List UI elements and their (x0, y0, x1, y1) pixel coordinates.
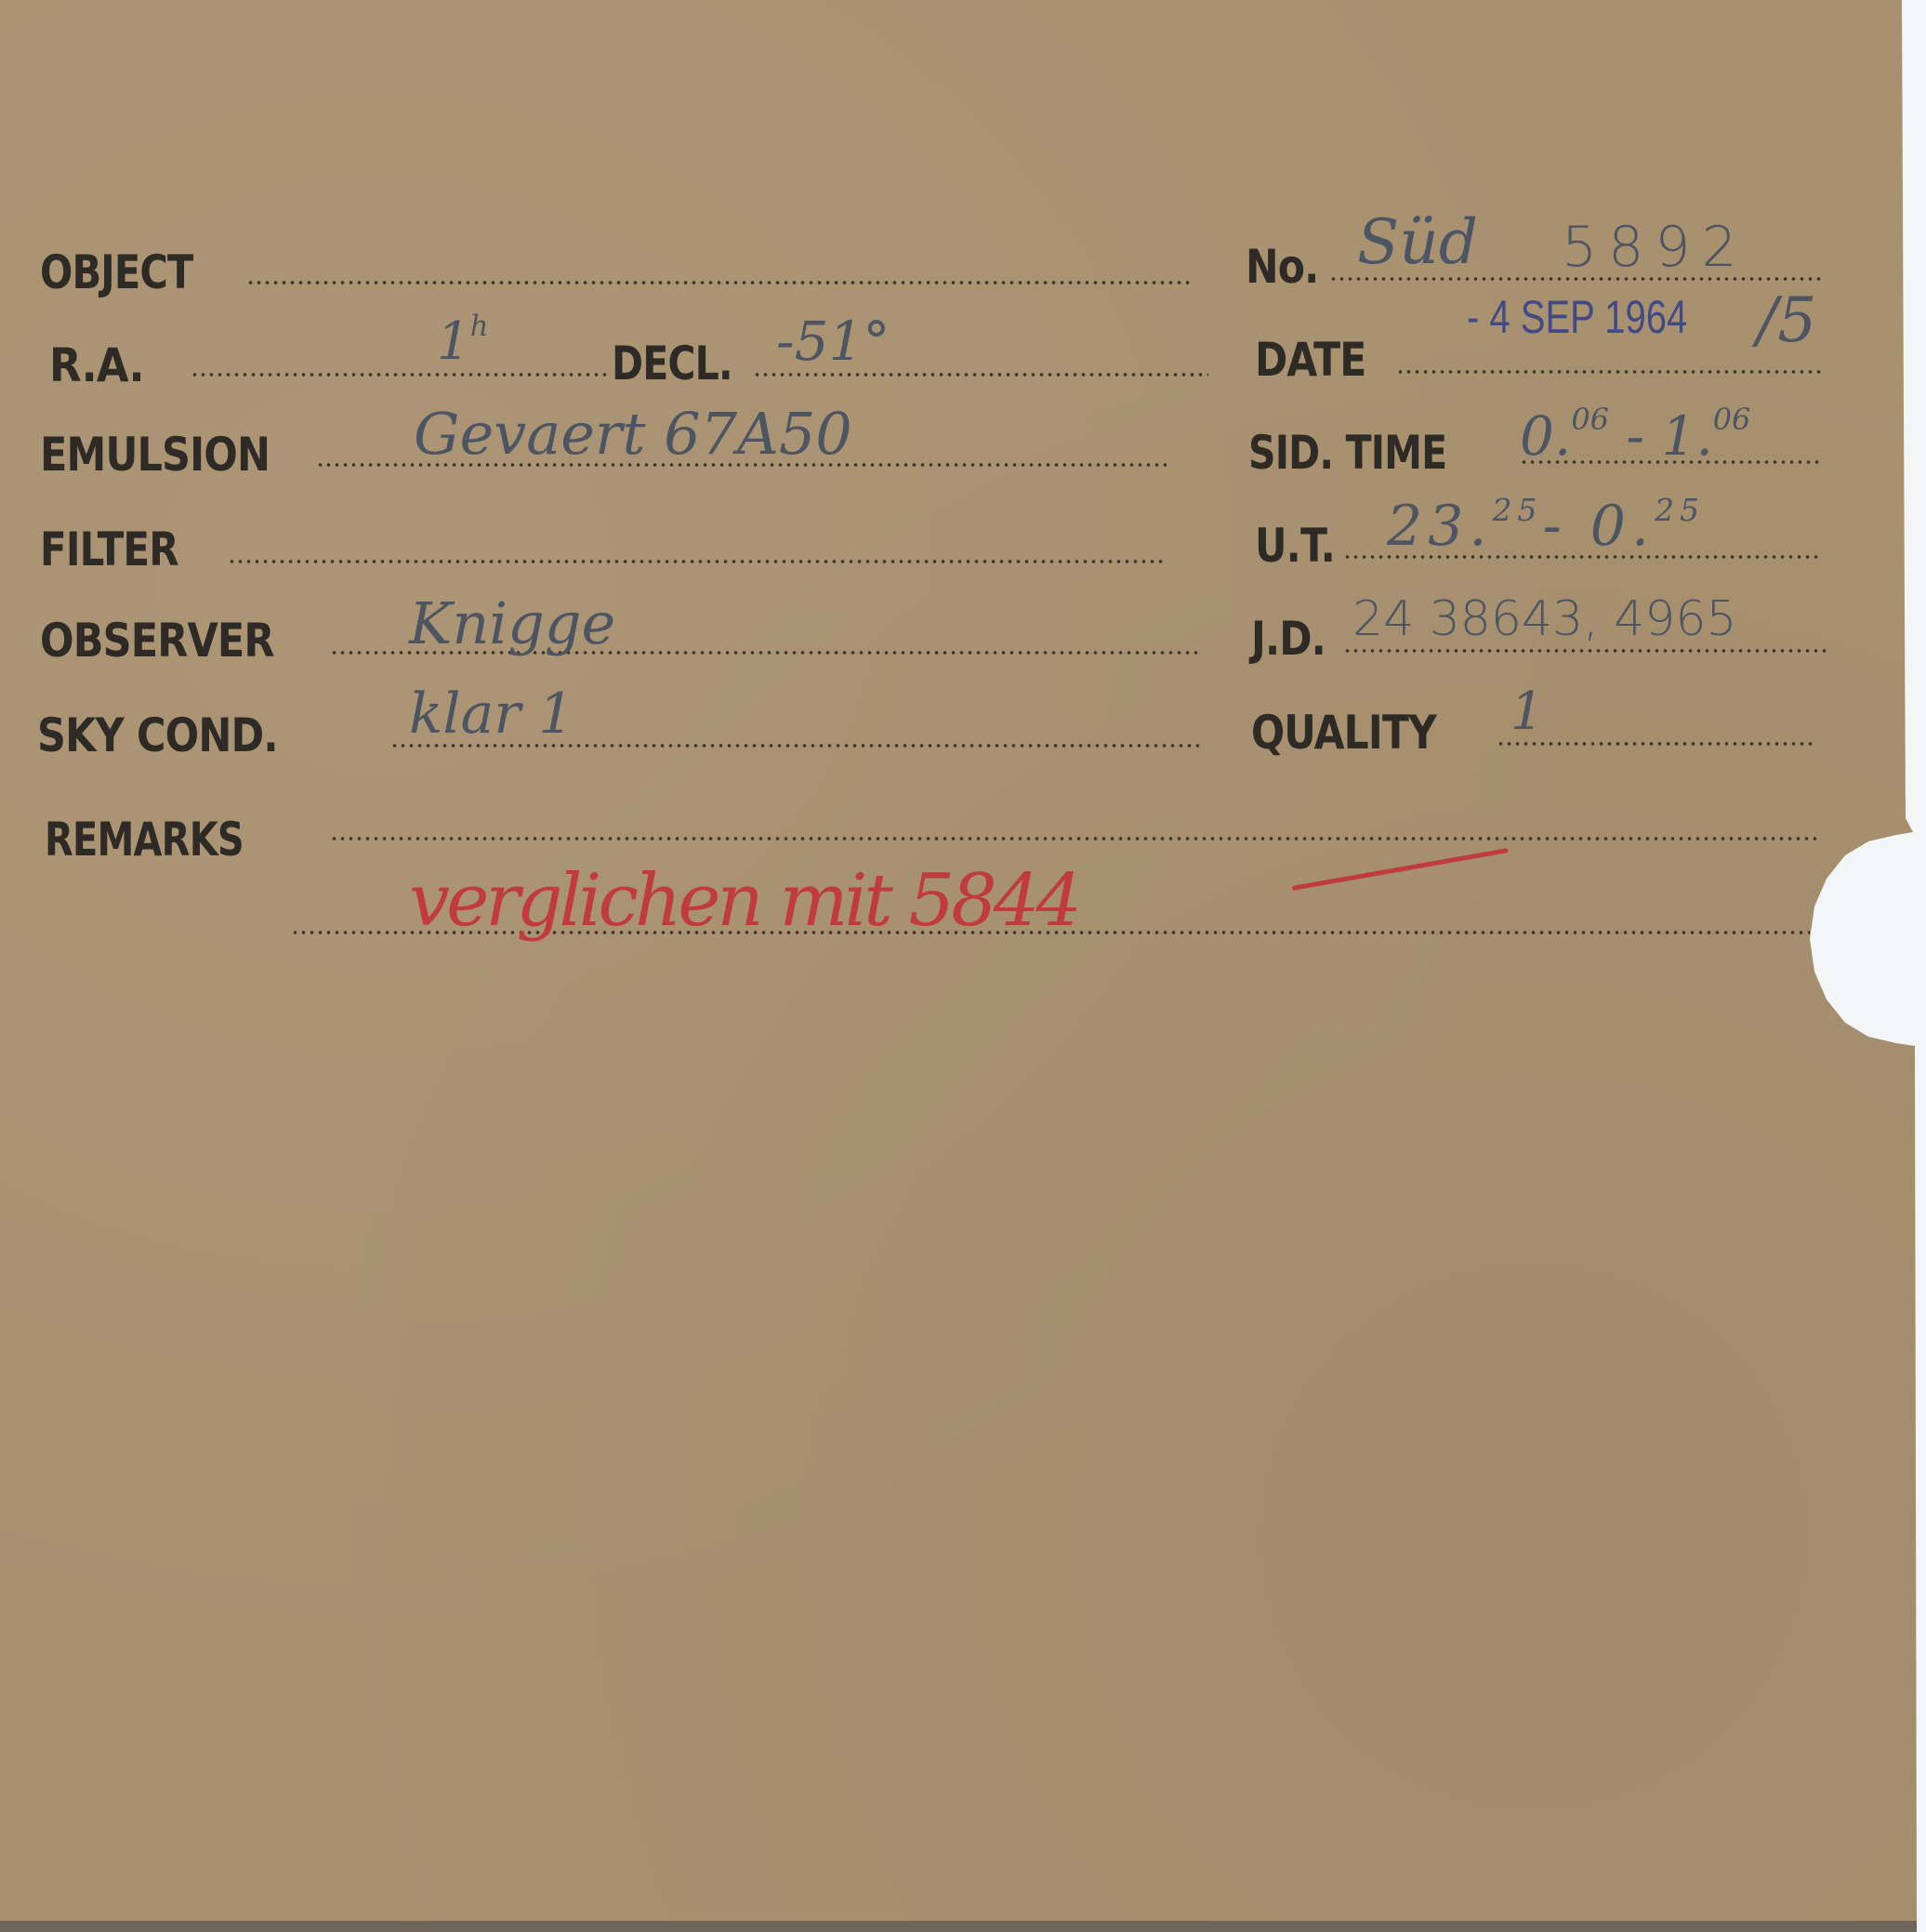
emulsion-label: EMULSION (40, 431, 270, 478)
date-field-line[interactable] (1396, 370, 1824, 374)
ra-field-line[interactable] (191, 373, 609, 377)
ra-label: R.A. (49, 342, 144, 389)
remarks-field-line-1[interactable] (330, 837, 1817, 840)
decl-label: DECL. (612, 340, 732, 387)
quality-field-line[interactable] (1497, 742, 1817, 746)
quality-value: 1 (1510, 686, 1544, 738)
emulsion-value: Gevaert 67A50 (414, 405, 852, 463)
date-suffix: /5 (1757, 290, 1816, 351)
date-stamp: - 4 SEP 1964 (1467, 294, 1687, 340)
filter-label: FILTER (40, 526, 178, 573)
object-label: OBJECT (40, 249, 192, 296)
no-label: No. (1246, 244, 1318, 290)
object-field-line[interactable] (246, 281, 1190, 285)
decl-value: -51° (776, 314, 890, 368)
observer-value: Knigge (409, 595, 615, 653)
scan-bottom-edge (0, 1921, 1917, 1932)
ut-label: U.T. (1255, 523, 1335, 569)
sky-cond-value: klar 1 (409, 686, 574, 742)
remarks-label: REMARKS (45, 816, 244, 863)
ut-value: 23.25- 0.25 (1387, 498, 1705, 554)
sky-cond-label: SKY COND. (37, 712, 278, 759)
quality-label: QUALITY (1251, 709, 1436, 756)
sid-time-label: SID. TIME (1248, 430, 1446, 476)
no-prefix-value: Süd (1357, 212, 1478, 273)
ra-value: 1h (437, 316, 488, 368)
observer-label: OBSERVER (40, 617, 274, 664)
sid-time-value: 0.06 - 1.06 (1520, 409, 1750, 463)
filter-field-line[interactable] (228, 560, 1167, 563)
jd-field-line[interactable] (1343, 649, 1827, 653)
decl-field-line[interactable] (753, 373, 1208, 377)
remarks-dash-mark (1292, 848, 1509, 891)
no-value: 5892 (1562, 219, 1748, 275)
jd-value: 24 38643, 4965 (1352, 595, 1737, 643)
jd-label: J.D. (1251, 615, 1326, 662)
remarks-value: verglichen mit 5844 (409, 865, 1078, 937)
date-label: DATE (1255, 337, 1366, 383)
plate-envelope-card: OBJECT R.A. 1h DECL. -51° EMULSION Gevae… (0, 0, 1917, 1921)
